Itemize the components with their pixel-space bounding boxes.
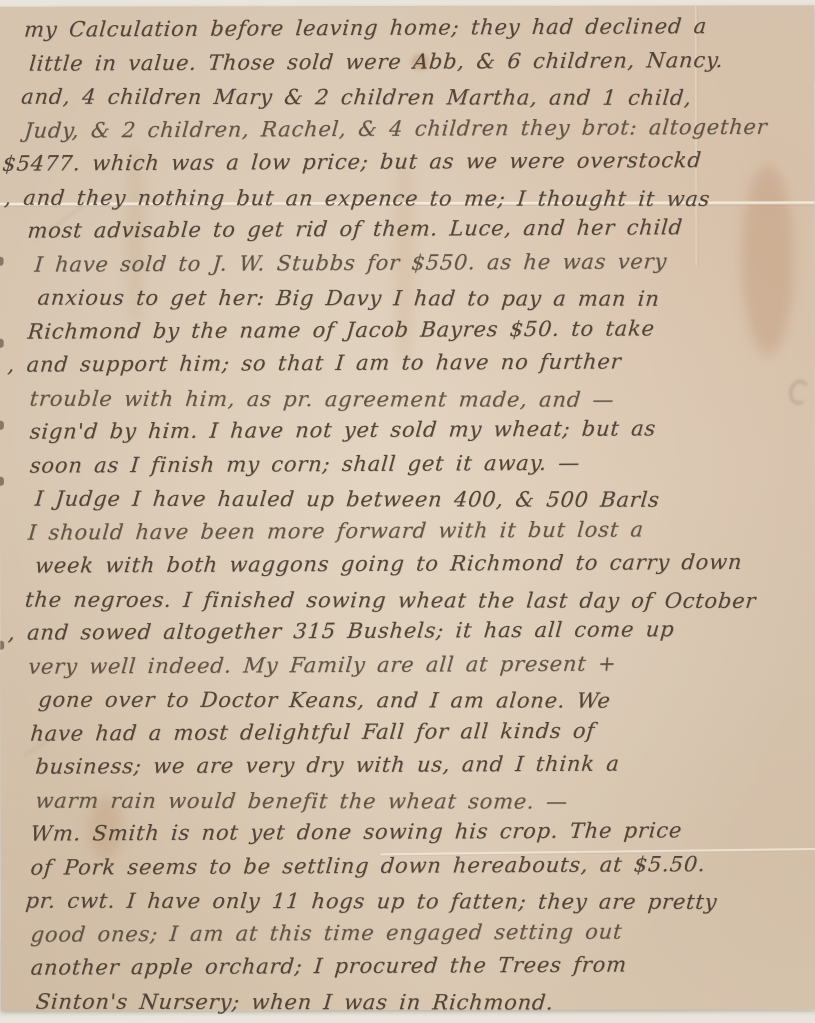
letter-line: anxious to get her: Big Davy I had to pa… — [36, 283, 661, 314]
letter-line: pr. cwt. I have only 11 hogs up to fatte… — [24, 886, 718, 917]
letter-line: week with both waggons going to Richmond… — [34, 547, 744, 581]
letter-line: little in value. Those sold were Abb, & … — [28, 45, 725, 79]
letter-line: , and support him; so that I am to have … — [7, 346, 623, 379]
letter-line: soon as I finish my corn; shall get it a… — [29, 448, 582, 481]
letter-line: warm rain would benefit the wheat some. … — [34, 786, 569, 817]
letter-line: Wm. Smith is not yet done sowing his cro… — [29, 815, 683, 848]
letter-page: my Calculation before leaving home; they… — [0, 5, 815, 1010]
letter-line: , and sowed altogether 315 Bushels; it h… — [7, 614, 676, 647]
letter-line: very well indeed. My Family are all at p… — [27, 649, 618, 682]
letter-text: my Calculation before leaving home; they… — [0, 5, 815, 1010]
letter-line: Richmond by the name of Jacob Bayres $50… — [26, 313, 656, 346]
letter-line: I have sold to J. W. Stubbs for $550. as… — [33, 246, 668, 279]
letter-line: gone over to Doctor Keans, and I am alon… — [37, 685, 612, 716]
letter-line: of Pork seems to be settling down hereab… — [29, 849, 706, 883]
letter-line: trouble with him, as pr. agreement made,… — [28, 384, 615, 415]
letter-line: , and they nothing but an expence to me;… — [3, 183, 711, 214]
letter-line: I should have been more forward with it … — [27, 514, 645, 547]
letter-line: good ones; I am at this time engaged set… — [30, 917, 624, 950]
letter-line: and, 4 children Mary & 2 children Martha… — [20, 82, 693, 113]
letter-line: $5477. which was a low price; but as we … — [1, 145, 703, 179]
letter-line: my Calculation before leaving home; they… — [23, 11, 708, 45]
letter-line: have had a most delightful Fall for all … — [29, 716, 596, 749]
letter-line: the negroes. I finished sowing wheat the… — [24, 585, 758, 616]
letter-line: business; we are very dry with us, and I… — [34, 749, 621, 782]
letter-line: Sinton's Nursery; when I was in Richmond… — [35, 987, 556, 1018]
letter-line: Judy, & 2 children, Rachel, & 4 children… — [23, 112, 769, 146]
letter-line: I Judge I have hauled up between 400, & … — [34, 484, 661, 515]
letter-line: most advisable to get rid of them. Luce,… — [26, 212, 684, 245]
letter-line: sign'd by him. I have not yet sold my wh… — [29, 413, 658, 446]
letter-line: another apple orchard; I procured the Tr… — [30, 950, 629, 983]
